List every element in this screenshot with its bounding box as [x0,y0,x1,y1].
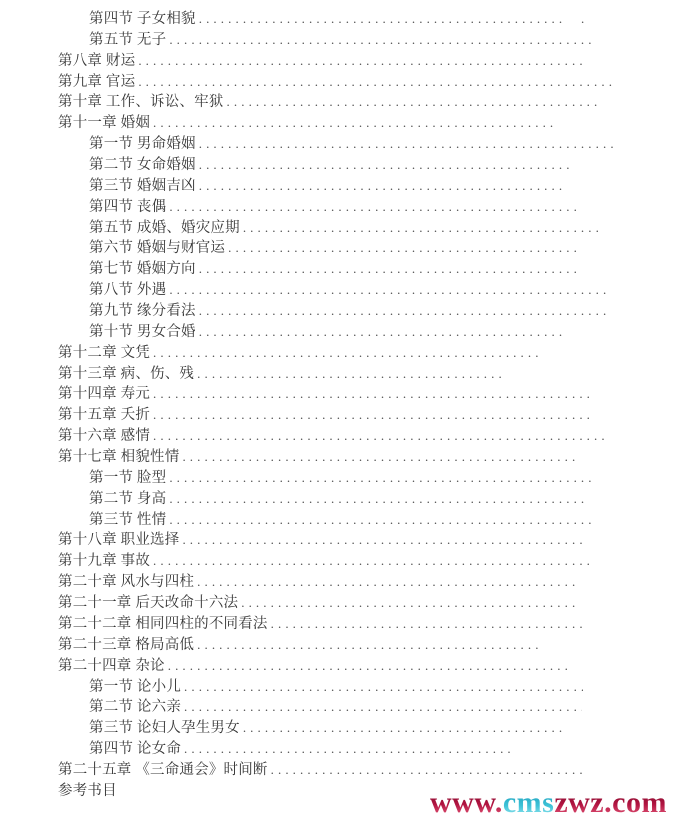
toc-item-label: 第十五章 夭折 [58,405,150,426]
toc-item-label: 第十一章 婚姻 [58,113,150,134]
toc-item-label: 第二十五章 《三命通会》时间断 [58,760,268,781]
toc-item-chapter: 第十七章 相貌性情...............................… [0,447,686,468]
toc-item-label: 第二节 论六亲 [89,697,181,718]
toc-item-label: 第一节 脸型 [89,468,166,489]
watermark-mid: cms [503,786,554,819]
toc-item-label: 第四节 丧偶 [89,197,166,218]
toc-item-section: 第一节 脸型..................................… [0,468,686,489]
toc-item-label: 第十八章 职业选择 [58,530,179,551]
toc-item-label: 第二节 女命婚姻 [89,155,196,176]
dot-leader: ........................................… [150,113,557,134]
dot-leader: ........................................… [268,614,587,635]
toc-item-chapter: 第十四章 寿元.................................… [0,384,686,405]
toc-list: 第四节 子女相貌................................… [0,9,686,802]
toc-item-label: 第五节 成婚、婚灾应期 [89,218,240,239]
toc-item-chapter: 第十一章 婚姻.................................… [0,113,686,134]
toc-item-section: 第四节 论女命.................................… [0,739,686,760]
toc-item-label: 第七节 婚姻方向 [89,259,196,280]
toc-item-section: 第三节 性情..................................… [0,510,686,531]
dot-leader: ........................................… [165,656,572,677]
toc-item-section: 第一节 男命婚姻................................… [0,134,686,155]
toc-item-label: 第一节 论小儿 [89,677,181,698]
toc-item-section: 第一节 论小儿.................................… [0,677,686,698]
toc-item-chapter: 第十九章 事故.................................… [0,551,686,572]
dot-leader: ........................................… [194,572,578,593]
toc-item-section: 第五节 成婚、婚灾应期.............................… [0,218,686,239]
toc-item-label: 第二十三章 格局高低 [58,635,194,656]
dot-leader: ........................................… [181,739,512,760]
toc-item-chapter: 第十六章 感情.................................… [0,426,686,447]
toc-item-section: 第九节 缘分看法................................… [0,301,686,322]
toc-item-label: 第二十一章 后天改命十六法 [58,593,238,614]
toc-item-section: 第五节 无子..................................… [0,30,686,51]
dot-leader: ........................................… [150,384,593,405]
toc-item-chapter: 第二十章 风水与四柱..............................… [0,572,686,593]
dot-leader: ........................................… [135,72,613,93]
toc-item-label: 第十三章 病、伤、残 [58,364,194,385]
dot-leader: ........................................… [181,697,582,718]
toc-item-label: 第六节 婚姻与财官运 [89,238,225,259]
toc-item-section: 第三节 婚姻吉凶................................… [0,176,686,197]
dot-leader: ........................................… [166,197,580,218]
toc-item-label: 第八节 外遇 [89,280,166,301]
watermark-url: www.cmszwz.com [430,786,667,820]
dot-leader: ........................................… [150,405,590,426]
toc-item-label: 第三节 论妇人孕生男女 [89,718,240,739]
toc-item-label: 参考书目 [58,781,117,802]
dot-leader: ........................................… [240,718,567,739]
toc-item-chapter: 第九章 官运..................................… [0,72,686,93]
dot-leader: ........................................… [179,530,587,551]
toc-item-chapter: 第二十四章 杂论................................… [0,656,686,677]
toc-item-section: 第四节 丧偶..................................… [0,197,686,218]
dot-leader: ........................................… [194,635,542,656]
toc-item-label: 第三节 婚姻吉凶 [89,176,196,197]
toc-item-section: 第二节 论六亲.................................… [0,697,686,718]
dot-leader: ........................................… [196,259,578,280]
toc-item-chapter: 第十二章 文凭.................................… [0,343,686,364]
dot-leader: ........................................… [225,238,578,259]
toc-item-chapter: 第十三章 病、伤、残..............................… [0,364,686,385]
dot-leader: ........................................… [196,155,572,176]
trailing-dot: . [581,9,584,30]
dot-leader: ........................................… [240,218,600,239]
toc-item-section: 第十节 男女合婚................................… [0,322,686,343]
dot-leader: ........................................… [150,343,538,364]
toc-item-label: 第三节 性情 [89,510,166,531]
dot-leader: ........................................… [166,280,608,301]
toc-item-label: 第二十二章 相同四柱的不同看法 [58,614,268,635]
toc-item-label: 第二十章 风水与四柱 [58,572,194,593]
toc-item-chapter: 第二十二章 相同四柱的不同看法.........................… [0,614,686,635]
toc-page: 第四节 子女相貌................................… [0,0,686,824]
toc-item-label: 第十四章 寿元 [58,384,150,405]
dot-leader: ........................................… [196,9,567,30]
toc-item-label: 第十九章 事故 [58,551,150,572]
toc-item-label: 第四节 子女相貌 [89,9,196,30]
toc-item-chapter: 第十五章 夭折.................................… [0,405,686,426]
toc-item-section: 第二节 身高..................................… [0,489,686,510]
dot-leader: ........................................… [194,364,503,385]
toc-item-chapter: 第十章 工作、诉讼、牢狱............................… [0,92,686,113]
dot-leader: ........................................… [135,51,587,72]
watermark-prefix: www. [430,786,503,819]
toc-item-label: 第八章 财运 [58,51,135,72]
dot-leader: ........................................… [166,30,593,51]
dot-leader: ........................................… [179,447,578,468]
toc-item-label: 第二十四章 杂论 [58,656,165,677]
toc-item-chapter: 第十八章 职业选择...............................… [0,530,686,551]
toc-item-chapter: 第二十五章 《三命通会》时间断.........................… [0,760,686,781]
dot-leader: ........................................… [196,301,607,322]
toc-item-label: 第五节 无子 [89,30,166,51]
toc-item-chapter: 第八章 财运..................................… [0,51,686,72]
toc-item-label: 第九节 缘分看法 [89,301,196,322]
toc-item-section: 第三节 论妇人孕生男女.............................… [0,718,686,739]
dot-leader: ........................................… [150,551,593,572]
dot-leader: ........................................… [268,760,587,781]
toc-item-chapter: 第二十三章 格局高低..............................… [0,635,686,656]
dot-leader: ........................................… [196,322,565,343]
toc-item-section: 第四节 子女相貌................................… [0,9,686,30]
dot-leader: ........................................… [196,176,562,197]
dot-leader: ........................................… [166,468,593,489]
dot-leader: ........................................… [181,677,583,698]
toc-item-label: 第二节 身高 [89,489,166,510]
toc-item-section: 第七节 婚姻方向................................… [0,259,686,280]
dot-leader: ........................................… [166,489,587,510]
toc-item-label: 第四节 论女命 [89,739,181,760]
dot-leader: ........................................… [166,510,595,531]
toc-item-section: 第二节 女命婚姻................................… [0,155,686,176]
dot-leader: ........................................… [196,134,615,155]
dot-leader: ........................................… [238,593,578,614]
toc-item-label: 第十二章 文凭 [58,343,150,364]
toc-item-label: 第十节 男女合婚 [89,322,196,343]
toc-item-label: 第十章 工作、诉讼、牢狱 [58,92,224,113]
toc-item-section: 第六节 婚姻与财官运..............................… [0,238,686,259]
watermark-suffix: zwz.com [554,786,667,819]
dot-leader: ........................................… [150,426,607,447]
toc-item-label: 第九章 官运 [58,72,135,93]
toc-item-chapter: 第二十一章 后天改命十六法...........................… [0,593,686,614]
toc-item-label: 第十七章 相貌性情 [58,447,179,468]
toc-item-label: 第十六章 感情 [58,426,150,447]
toc-item-section: 第八节 外遇..................................… [0,280,686,301]
dot-leader: ........................................… [224,92,600,113]
toc-item-label: 第一节 男命婚姻 [89,134,196,155]
